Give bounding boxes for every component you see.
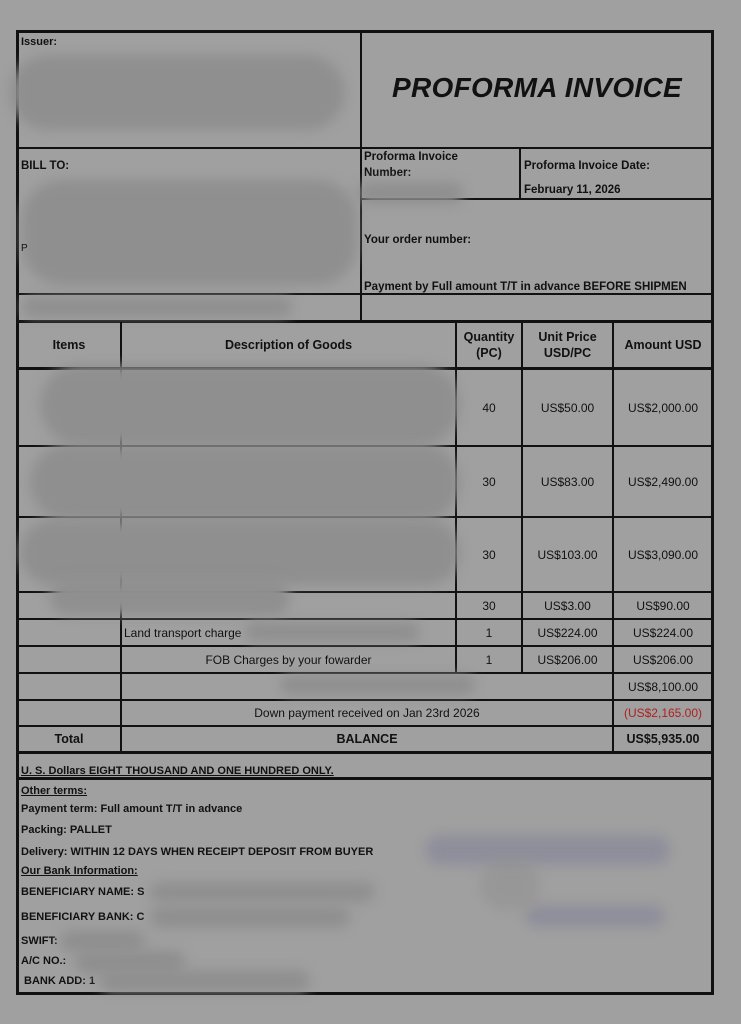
total-label: Total — [17, 726, 121, 752]
row2-unit-price: US$83.00 — [522, 446, 613, 517]
payment-condition: Payment by Full amount T/T in advance BE… — [364, 281, 711, 293]
row3-amount: US$3,090.00 — [613, 517, 713, 592]
row5-redaction — [245, 622, 420, 642]
header-row3-bottom — [17, 293, 713, 295]
beneficiary-name: BENEFICIARY NAME: S — [21, 886, 144, 898]
down-payment-label: Down payment received on Jan 23rd 2026 — [121, 700, 613, 726]
subtotal-label-redaction — [280, 675, 475, 695]
row6-unit-price: US$206.00 — [522, 646, 613, 673]
row5-unit-price: US$224.00 — [522, 619, 613, 646]
header-row1-bottom — [17, 147, 713, 149]
row1-amount: US$2,000.00 — [613, 369, 713, 446]
document-title: PROFORMA INVOICE — [361, 72, 713, 104]
amount-in-words: U. S. Dollars EIGHT THOUSAND AND ONE HUN… — [21, 765, 334, 777]
header-unit-price-line2: USD/PC — [544, 345, 591, 361]
down-payment-amount: (US$2,165.00) — [613, 700, 713, 726]
row4-amount: US$90.00 — [613, 592, 713, 619]
date-divider — [519, 148, 521, 200]
swift-code: SWIFT: — [21, 935, 58, 947]
bill-to-redaction — [22, 180, 357, 285]
row3-unit-price: US$103.00 — [522, 517, 613, 592]
beneficiary-bank-redaction — [150, 906, 350, 928]
other-terms-heading: Other terms: — [21, 785, 87, 797]
row2-quantity: 30 — [456, 446, 522, 517]
header-unit-price-line1: Unit Price — [538, 329, 596, 345]
row5-amount: US$224.00 — [613, 619, 713, 646]
invoice-date-value: February 11, 2026 — [524, 184, 621, 196]
stamp-redaction-3 — [480, 860, 540, 910]
payment-term: Payment term: Full amount T/T in advance — [21, 803, 242, 815]
invoice-number-redaction — [358, 182, 463, 204]
balance-amount: US$5,935.00 — [613, 726, 713, 752]
row2-amount: US$2,490.00 — [613, 446, 713, 517]
invoice-date-label: Proforma Invoice Date: — [524, 160, 650, 172]
row3-quantity: 30 — [456, 517, 522, 592]
header-unit-price: Unit Price USD/PC — [522, 322, 613, 368]
row6-amount: US$206.00 — [613, 646, 713, 673]
items-redaction-1 — [40, 365, 460, 445]
bank-info-heading: Our Bank Information: — [21, 865, 138, 877]
row-line-words — [17, 777, 713, 780]
bill-to-extra-redaction — [22, 297, 292, 317]
order-number-label: Your order number: — [364, 234, 471, 246]
header-amount: Amount USD — [613, 322, 713, 368]
packing-term: Packing: PALLET — [21, 824, 112, 836]
row6-quantity: 1 — [456, 646, 522, 673]
subtotal-amount: US$8,100.00 — [613, 673, 713, 700]
items-redaction-3 — [20, 520, 460, 585]
bill-to-label: BILL TO: — [21, 160, 69, 172]
bill-to-partial-char: P — [21, 243, 28, 254]
bank-address-redaction — [100, 970, 310, 992]
row4-quantity: 30 — [456, 592, 522, 619]
balance-label: BALANCE — [121, 726, 613, 752]
header-quantity: Quantity (PC) — [456, 322, 522, 368]
beneficiary-bank: BENEFICIARY BANK: C — [21, 911, 144, 923]
row4-unit-price: US$3.00 — [522, 592, 613, 619]
header-quantity-line2: (PC) — [476, 345, 502, 361]
row1-quantity: 40 — [456, 369, 522, 446]
issuer-redaction — [10, 55, 345, 130]
row5-quantity: 1 — [456, 619, 522, 646]
invoice-number-label-2: Number: — [364, 167, 411, 179]
frame-left — [16, 30, 19, 995]
header-items: Items — [17, 322, 121, 368]
delivery-term: Delivery: WITHIN 12 DAYS WHEN RECEIPT DE… — [21, 846, 373, 858]
swift-redaction — [60, 930, 145, 952]
row6-description: FOB Charges by your fowarder — [121, 646, 456, 673]
bank-address: BANK ADD: 1 — [24, 975, 95, 987]
account-number: A/C NO.: — [21, 955, 66, 967]
row1-unit-price: US$50.00 — [522, 369, 613, 446]
frame-top — [17, 30, 714, 33]
items-redaction-2 — [30, 445, 460, 520]
issuer-label: Issuer: — [21, 36, 57, 48]
frame-bottom — [17, 992, 714, 995]
items-redaction-4 — [50, 580, 290, 615]
stamp-redaction — [425, 835, 670, 865]
header-description: Description of Goods — [121, 322, 456, 368]
beneficiary-name-redaction — [150, 882, 375, 902]
header-quantity-line1: Quantity — [464, 329, 515, 345]
stamp-redaction-2 — [525, 905, 665, 927]
invoice-number-label-1: Proforma Invoice — [364, 151, 458, 163]
